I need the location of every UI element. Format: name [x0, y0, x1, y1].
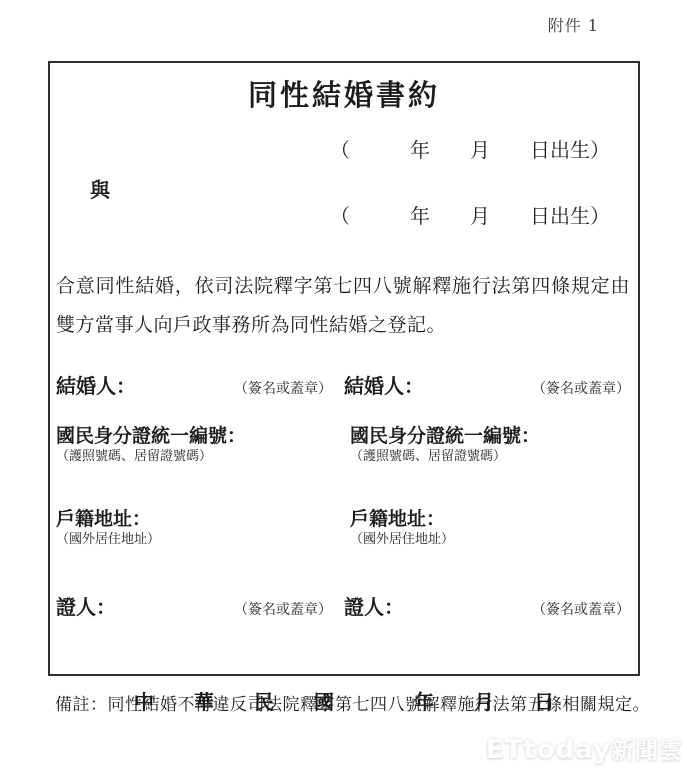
spouse-left-cell: 結婚人： （簽名或蓋章） — [50, 373, 344, 402]
witness-label: 證人： — [56, 594, 116, 620]
national-id-left-cell: 國民身分證統一編號： （護照號碼、居留證號碼） — [50, 424, 344, 465]
marriage-contract-box: 同性結婚書約 （ 年 月 日出生） 與（ 年 月 日出生） 合意同性結婚，依司法… — [48, 61, 640, 676]
address-left-cell: 戶籍地址： （國外居住地址） — [50, 507, 344, 548]
ettoday-watermark-logo: ETtoday新聞雲 — [466, 702, 683, 765]
national-id-note: （護照號碼、居留證號碼） — [56, 448, 344, 465]
party2-birth-line: （ 年 月 日出生） — [330, 204, 610, 228]
national-id-label: 國民身分證統一編號： — [56, 424, 344, 448]
signature-note: （簽名或蓋章） — [234, 597, 332, 623]
spouse-label: 結婚人： — [56, 373, 136, 399]
witness-left-cell: 證人： （簽名或蓋章） — [50, 594, 344, 623]
address-note: （國外居住地址） — [350, 531, 638, 548]
conjunction-label: 與 — [90, 177, 110, 203]
witness-label: 證人： — [344, 594, 404, 620]
spouse-signature-row: 結婚人： （簽名或蓋章） 結婚人： （簽名或蓋章） — [50, 373, 638, 402]
agreement-paragraph: 合意同性結婚，依司法院釋字第七四八號解釋施行法第四條規定由雙方當事人向戶政事務所… — [50, 267, 638, 345]
form-title: 同性結婚書約 — [50, 75, 638, 115]
witness-right-cell: 證人： （簽名或蓋章） — [344, 594, 638, 623]
party1-birth-line: （ 年 月 日出生） — [50, 137, 638, 163]
signature-note: （簽名或蓋章） — [234, 376, 332, 402]
watermark-suffix: 新聞雲 — [611, 738, 683, 764]
attachment-label: 附件 1 — [0, 0, 687, 36]
national-id-right-cell: 國民身分證統一編號： （護照號碼、居留證號碼） — [344, 424, 638, 465]
address-row: 戶籍地址： （國外居住地址） 戶籍地址： （國外居住地址） — [50, 507, 638, 548]
witness-signature-row: 證人： （簽名或蓋章） 證人： （簽名或蓋章） — [50, 594, 638, 623]
watermark-brand: ETtoday — [486, 735, 611, 765]
signature-note: （簽名或蓋章） — [532, 597, 630, 623]
signature-note: （簽名或蓋章） — [532, 376, 630, 402]
address-label: 戶籍地址： — [350, 507, 638, 531]
address-note: （國外居住地址） — [56, 531, 344, 548]
address-label: 戶籍地址： — [56, 507, 344, 531]
national-id-label: 國民身分證統一編號： — [350, 424, 638, 448]
address-right-cell: 戶籍地址： （國外居住地址） — [344, 507, 638, 548]
national-id-note: （護照號碼、居留證號碼） — [350, 448, 638, 465]
spouse-right-cell: 結婚人： （簽名或蓋章） — [344, 373, 638, 402]
party2-birth-row: 與（ 年 月 日出生） — [50, 177, 638, 255]
spouse-label: 結婚人： — [344, 373, 424, 399]
national-id-row: 國民身分證統一編號： （護照號碼、居留證號碼） 國民身分證統一編號： （護照號碼… — [50, 424, 638, 465]
